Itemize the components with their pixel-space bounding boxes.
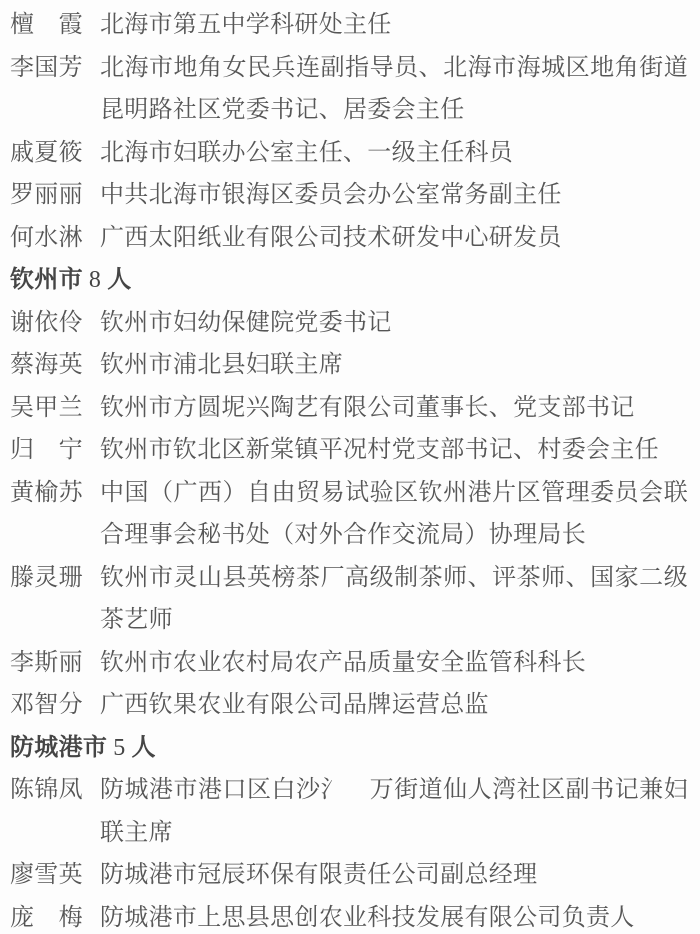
roster-entry: 李斯丽 钦州市农业农村局农产品质量安全监管科科长 [10, 642, 700, 685]
person-name: 李国芳 [10, 47, 83, 90]
roster-entry: 滕灵珊 钦州市灵山县英榜茶厂高级制茶师、评茶师、国家二级茶艺师 [10, 557, 700, 642]
person-title: 北海市第五中学科研处主任 [100, 4, 688, 47]
document-page: 檀 霞 北海市第五中学科研处主任 李国芳 北海市地角女民兵连副指导员、北海市海城… [0, 0, 700, 934]
roster-entry: 廖雪英 防城港市冠辰环保有限责任公司副总经理 [10, 854, 700, 897]
person-name: 蔡海英 [10, 344, 83, 387]
person-title: 钦州市妇幼保健院党委书记 [100, 302, 688, 345]
person-title: 北海市妇联办公室主任、一级主任科员 [100, 132, 688, 175]
person-title: 钦州市钦北区新棠镇平况村党支部书记、村委会主任 [100, 429, 688, 472]
person-name: 檀 霞 [10, 4, 83, 47]
person-title: 防城港市上思县思创农业科技发展有限公司负责人 [100, 897, 688, 934]
section-count: 8 [89, 259, 101, 302]
section-unit: 人 [107, 266, 131, 293]
roster-entry: 戚夏筱 北海市妇联办公室主任、一级主任科员 [10, 132, 700, 175]
roster-entry: 陈锦凤 防城港市港口区白沙氵 万街道仙人湾社区副书记兼妇联主席 [10, 769, 700, 854]
person-title: 防城港市港口区白沙氵 万街道仙人湾社区副书记兼妇联主席 [100, 769, 688, 854]
person-name: 黄榆苏 [10, 472, 83, 515]
page-body: { "page": { "width": 700, "height": 934,… [0, 0, 700, 934]
section-city: 钦州市 [10, 266, 83, 293]
person-title: 钦州市方圆坭兴陶艺有限公司董事长、党支部书记 [100, 387, 688, 430]
person-name: 廖雪英 [10, 854, 83, 897]
section-header: 防城港市5人 [10, 727, 700, 770]
person-title: 北海市地角女民兵连副指导员、北海市海城区地角街道昆明路社区党委书记、居委会主任 [100, 47, 688, 132]
roster-entry: 何水淋 广西太阳纸业有限公司技术研发中心研发员 [10, 217, 700, 260]
person-title: 广西太阳纸业有限公司技术研发中心研发员 [100, 217, 688, 260]
person-name: 李斯丽 [10, 642, 83, 685]
section-city: 防城港市 [10, 734, 107, 761]
person-name: 何水淋 [10, 217, 83, 260]
person-name: 邓智分 [10, 684, 83, 727]
roster-entry: 邓智分 广西钦果农业有限公司品牌运营总监 [10, 684, 700, 727]
person-title: 防城港市冠辰环保有限责任公司副总经理 [100, 854, 688, 897]
person-title: 广西钦果农业有限公司品牌运营总监 [100, 684, 688, 727]
person-name: 戚夏筱 [10, 132, 83, 175]
roster-entry: 谢依伶 钦州市妇幼保健院党委书记 [10, 302, 700, 345]
person-name: 庞 梅 [10, 897, 83, 934]
person-name: 谢依伶 [10, 302, 83, 345]
person-title: 钦州市浦北县妇联主席 [100, 344, 688, 387]
person-title: 钦州市农业农村局农产品质量安全监管科科长 [100, 642, 688, 685]
document-root: :root { --bg: #fdfdfd; --body-color: #56… [0, 0, 700, 934]
roster-entry: 罗丽丽 中共北海市银海区委员会办公室常务副主任 [10, 174, 700, 217]
person-title: 钦州市灵山县英榜茶厂高级制茶师、评茶师、国家二级茶艺师 [100, 557, 688, 642]
person-name: 陈锦凤 [10, 769, 83, 812]
section-count: 5 [113, 727, 125, 770]
roster-entry: 庞 梅 防城港市上思县思创农业科技发展有限公司负责人 [10, 897, 700, 934]
person-name: 归 宁 [10, 429, 83, 472]
roster-entry: 李国芳 北海市地角女民兵连副指导员、北海市海城区地角街道昆明路社区党委书记、居委… [10, 47, 700, 132]
person-title: 中国（广西）自由贸易试验区钦州港片区管理委员会联合理事会秘书处（对外合作交流局）… [100, 472, 688, 557]
person-name: 罗丽丽 [10, 174, 83, 217]
roster-entry: 檀 霞 北海市第五中学科研处主任 [10, 4, 700, 47]
roster-entry: 归 宁 钦州市钦北区新棠镇平况村党支部书记、村委会主任 [10, 429, 700, 472]
person-name: 吴甲兰 [10, 387, 83, 430]
roster-entry: 吴甲兰 钦州市方圆坭兴陶艺有限公司董事长、党支部书记 [10, 387, 700, 430]
roster-entry: 蔡海英 钦州市浦北县妇联主席 [10, 344, 700, 387]
section-unit: 人 [132, 734, 156, 761]
section-header: 钦州市8人 [10, 259, 700, 302]
roster-entry: 黄榆苏 中国（广西）自由贸易试验区钦州港片区管理委员会联合理事会秘书处（对外合作… [10, 472, 700, 557]
person-title: 中共北海市银海区委员会办公室常务副主任 [100, 174, 688, 217]
person-name: 滕灵珊 [10, 557, 83, 600]
